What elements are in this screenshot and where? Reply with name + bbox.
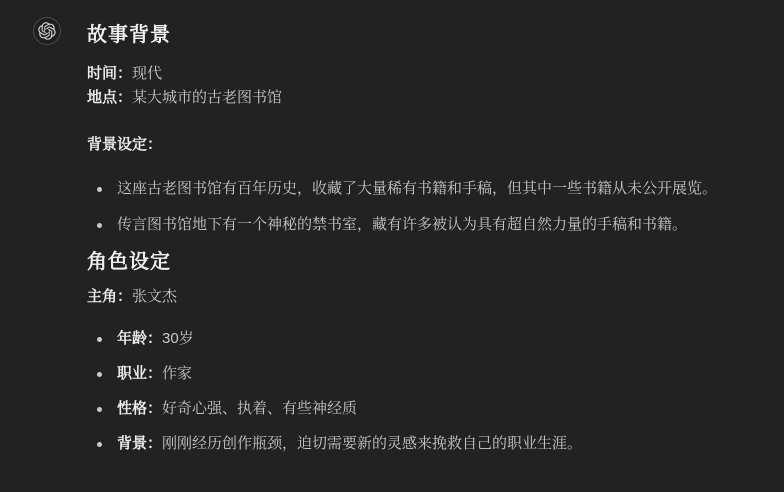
protagonist-paragraph: 主角：张文杰	[87, 285, 747, 309]
list-item: 传言图书馆地下有一个神秘的禁书室，藏有许多被认为具有超自然力量的手稿和书籍。	[87, 213, 747, 237]
attribute-label: 性格：	[117, 400, 162, 417]
character-section-heading: 角色设定	[87, 249, 747, 275]
list-item: 这座古老图书馆有百年历史，收藏了大量稀有书籍和手稿，但其中一些书籍从未公开展览。	[87, 177, 747, 201]
place-value: 某大城市的古老图书馆	[132, 89, 282, 106]
list-item: 性格：好奇心强、执着、有些神经质	[87, 397, 747, 421]
attribute-label: 背景：	[117, 435, 162, 452]
time-line: 时间：现代	[87, 62, 747, 86]
time-value: 现代	[132, 65, 162, 82]
list-item: 职业：作家	[87, 362, 747, 386]
story-section-heading: 故事背景	[87, 22, 747, 48]
chat-screen: 故事背景 时间：现代 地点：某大城市的古老图书馆 背景设定： 这座古老图书馆有百…	[0, 0, 784, 492]
attribute-label: 职业：	[117, 365, 162, 382]
protagonist-label: 主角：	[87, 288, 132, 305]
setting-label-paragraph: 背景设定：	[87, 133, 747, 157]
attribute-value: 作家	[162, 365, 192, 382]
place-label: 地点：	[87, 89, 132, 106]
assistant-message: 故事背景 时间：现代 地点：某大城市的古老图书馆 背景设定： 这座古老图书馆有百…	[87, 0, 747, 467]
attribute-list: 年龄：30岁 职业：作家 性格：好奇心强、执着、有些神经质 背景：刚刚经历创作瓶…	[87, 327, 747, 456]
setting-list: 这座古老图书馆有百年历史，收藏了大量稀有书籍和手稿，但其中一些书籍从未公开展览。…	[87, 177, 747, 237]
attribute-value: 好奇心强、执着、有些神经质	[162, 400, 357, 417]
list-item: 年龄：30岁	[87, 327, 747, 351]
assistant-avatar	[33, 17, 61, 45]
time-place-paragraph: 时间：现代 地点：某大城市的古老图书馆	[87, 62, 747, 110]
time-label: 时间：	[87, 65, 132, 82]
list-item: 背景：刚刚经历创作瓶颈，迫切需要新的灵感来挽救自己的职业生涯。	[87, 432, 747, 456]
setting-item-text: 这座古老图书馆有百年历史，收藏了大量稀有书籍和手稿，但其中一些书籍从未公开展览。	[117, 180, 717, 197]
setting-item-text: 传言图书馆地下有一个神秘的禁书室，藏有许多被认为具有超自然力量的手稿和书籍。	[117, 216, 687, 233]
protagonist-value: 张文杰	[132, 288, 177, 305]
openai-logo-icon	[38, 22, 56, 40]
attribute-value: 30岁	[162, 330, 194, 347]
setting-label: 背景设定：	[87, 136, 162, 153]
attribute-label: 年龄：	[117, 330, 162, 347]
attribute-value: 刚刚经历创作瓶颈，迫切需要新的灵感来挽救自己的职业生涯。	[162, 435, 582, 452]
place-line: 地点：某大城市的古老图书馆	[87, 86, 747, 110]
